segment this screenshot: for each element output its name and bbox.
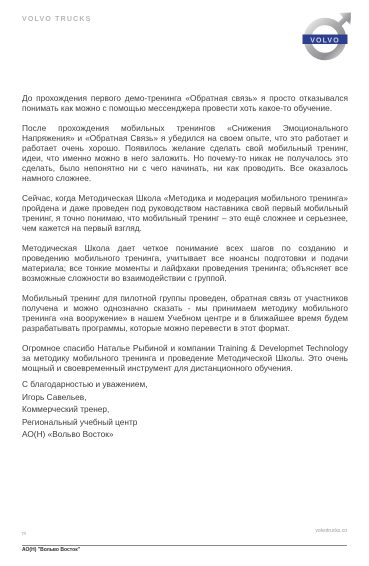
signature-title: Коммерческий тренер, [22,403,148,416]
signature-block: С благодарностью и уважением, Игорь Саве… [22,378,148,441]
volvo-logo-svg: VOLVO [302,12,352,62]
paragraph: До прохождения первого демо-тренинга «Об… [22,93,348,113]
footer-website: volvotrucks.co [315,528,347,534]
letter-body: До прохождения первого демо-тренинга «Об… [22,93,348,383]
paragraph: Мобильный тренинг для пилотной группы пр… [22,293,348,333]
footer-company-name: АО(Н) "Вольво Восток" [22,547,80,553]
signature-closing: С благодарностью и уважением, [22,378,148,391]
paragraph: Методическая Школа дает четкое понимание… [22,243,348,283]
paragraph: Сейчас, когда Методическая Школа «Методи… [22,193,348,233]
signature-department: Региональный учебный центр [22,416,148,429]
footer-divider [22,545,347,546]
paragraph: После прохождения мобильных тренингов «С… [22,123,348,183]
letter-page: VOLVO TRUCKS VOLVO До прохождения первог… [0,0,369,566]
signature-name: Игорь Савельев, [22,391,148,404]
logo-wordmark: VOLVO [310,38,339,45]
signature-company: АО(Н) «Вольво Восток» [22,428,148,441]
footer-mark: m [22,531,26,537]
volvo-iron-mark-icon: VOLVO [302,12,352,62]
paragraph: Огромное спасибо Наталье Рыбиной и компа… [22,343,348,373]
brand-wordmark: VOLVO TRUCKS [22,16,92,23]
